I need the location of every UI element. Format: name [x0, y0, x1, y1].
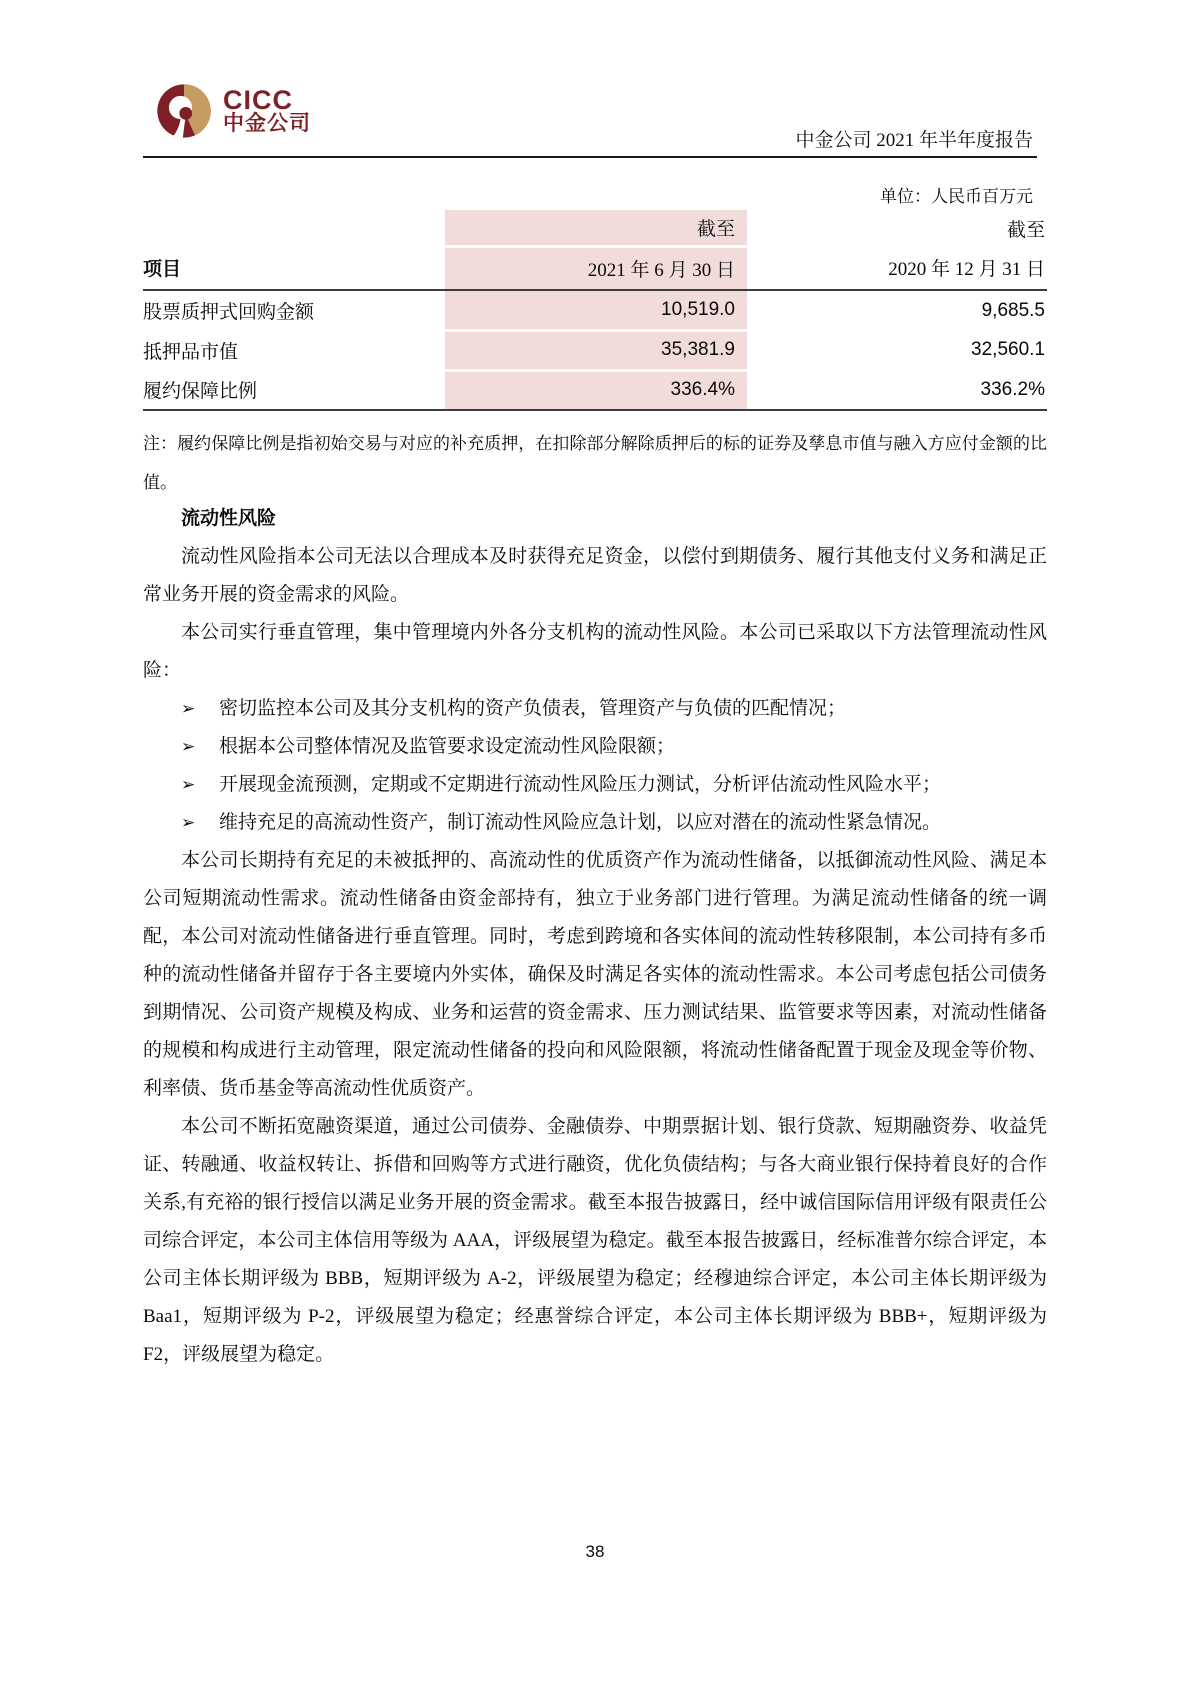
section-heading: 流动性风险 [143, 500, 1047, 538]
header-cell-empty [143, 210, 445, 246]
cicc-logo-text: CICC 中金公司 [223, 87, 311, 135]
list-item: ➢ 维持充足的高流动性资产，制订流动性风险应急计划，以应对潜在的流动性紧急情况。 [143, 804, 1047, 842]
unit-label: 单位：人民币百万元 [143, 182, 1033, 207]
page-number: 38 [0, 1542, 1190, 1562]
table-note: 注：履约保障比例是指初始交易与对应的补充质押，在扣除部分解除质押后的标的证券及孳… [143, 424, 1047, 502]
table-row: 股票质押式回购金额 10,519.0 9,685.5 [143, 290, 1047, 330]
row-item-label: 股票质押式回购金额 [143, 290, 445, 330]
row-item-label: 履约保障比例 [143, 370, 445, 410]
list-item: ➢ 开展现金流预测，定期或不定期进行流动性风险压力测试，分析评估流动性风险水平； [143, 766, 1047, 804]
page-header: CICC 中金公司 中金公司 2021 年半年度报告 [143, 78, 1047, 158]
table-header: 截至 截至 项目 2021 年 6 月 30 日 2020 年 12 月 31 … [143, 210, 1047, 290]
paragraph-vertical-management: 本公司实行垂直管理，集中管理境内外各分支机构的流动性风险。本公司已采取以下方法管… [143, 614, 1047, 690]
paragraph-liquidity-definition: 流动性风险指本公司无法以合理成本及时获得充足资金，以偿付到期债务、履行其他支付义… [143, 538, 1047, 614]
header-cell-2021-date: 2021 年 6 月 30 日 [445, 246, 747, 290]
table-header-row-asof: 截至 截至 [143, 210, 1047, 246]
list-item: ➢ 密切监控本公司及其分支机构的资产负债表，管理资产与负债的匹配情况； [143, 690, 1047, 728]
table-body: 股票质押式回购金额 10,519.0 9,685.5 抵押品市值 35,381.… [143, 290, 1047, 410]
table-row: 抵押品市值 35,381.9 32,560.1 [143, 330, 1047, 370]
row-item-label: 抵押品市值 [143, 330, 445, 370]
header-divider [143, 156, 1037, 158]
list-item: ➢ 根据本公司整体情况及监管要求设定流动性风险限额； [143, 728, 1047, 766]
bullet-text: 维持充足的高流动性资产，制订流动性风险应急计划，以应对潜在的流动性紧急情况。 [219, 804, 1047, 842]
arrow-bullet-icon: ➢ [181, 690, 219, 728]
report-title: 中金公司 2021 年半年度报告 [795, 125, 1033, 152]
header-cell-2021-asof: 截至 [445, 210, 747, 246]
row-value-2020: 9,685.5 [747, 290, 1047, 330]
arrow-bullet-icon: ➢ [181, 728, 219, 766]
row-value-2021: 35,381.9 [445, 330, 747, 370]
header-cell-2020-date: 2020 年 12 月 31 日 [747, 246, 1047, 290]
arrow-bullet-icon: ➢ [181, 804, 219, 842]
bullet-text: 密切监控本公司及其分支机构的资产负债表，管理资产与负债的匹配情况； [219, 690, 1047, 728]
pledge-repo-table: 截至 截至 项目 2021 年 6 月 30 日 2020 年 12 月 31 … [143, 210, 1047, 411]
row-value-2020: 32,560.1 [747, 330, 1047, 370]
paragraph-liquidity-reserve: 本公司长期持有充足的未被抵押的、高流动性的优质资产作为流动性储备，以抵御流动性风… [143, 842, 1047, 1108]
table-row: 履约保障比例 336.4% 336.2% [143, 370, 1047, 410]
logo-acronym: CICC [223, 87, 311, 113]
cicc-logo-icon [155, 82, 213, 140]
row-value-2020: 336.2% [747, 370, 1047, 410]
header-cell-item: 项目 [143, 246, 445, 290]
row-value-2021: 10,519.0 [445, 290, 747, 330]
table-header-row-dates: 项目 2021 年 6 月 30 日 2020 年 12 月 31 日 [143, 246, 1047, 290]
report-page: CICC 中金公司 中金公司 2021 年半年度报告 单位：人民币百万元 截至 … [0, 0, 1190, 1683]
bullet-text: 根据本公司整体情况及监管要求设定流动性风险限额； [219, 728, 1047, 766]
row-value-2021: 336.4% [445, 370, 747, 410]
paragraph-financing-ratings: 本公司不断拓宽融资渠道，通过公司债券、金融债券、中期票据计划、银行贷款、短期融资… [143, 1108, 1047, 1374]
cicc-logo: CICC 中金公司 [155, 82, 311, 140]
logo-company-name: 中金公司 [223, 113, 311, 135]
bullet-text: 开展现金流预测，定期或不定期进行流动性风险压力测试，分析评估流动性风险水平； [219, 766, 1047, 804]
arrow-bullet-icon: ➢ [181, 766, 219, 804]
header-cell-2020-asof: 截至 [747, 210, 1047, 246]
liquidity-risk-section: 流动性风险 流动性风险指本公司无法以合理成本及时获得充足资金，以偿付到期债务、履… [143, 500, 1047, 1374]
